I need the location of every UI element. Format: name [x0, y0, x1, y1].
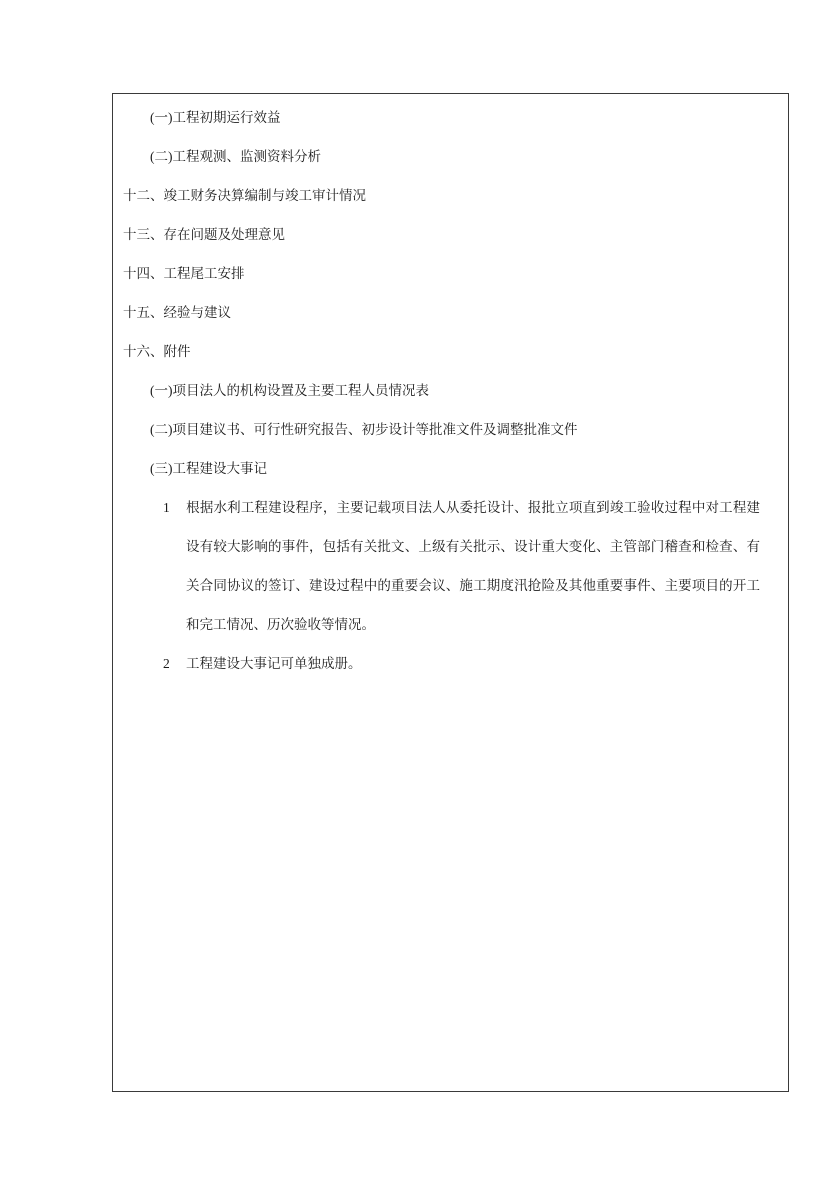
- note-item-2: 2工程建设大事记可单独成册。: [186, 644, 760, 683]
- document-page: (一)工程初期运行效益 (二)工程观测、监测资料分析 十二、竣工财务决算编制与竣…: [0, 0, 838, 1186]
- outline-item-sub-5: (三)工程建设大事记: [123, 449, 760, 488]
- note-text-1: 根据水利工程建设程序，主要记载项目法人从委托设计、报批立项直到竣工验收过程中对工…: [186, 500, 760, 632]
- outline-item-sub-3: (一)项目法人的机构设置及主要工程人员情况表: [123, 371, 760, 410]
- outline-item-main-12: 十二、竣工财务决算编制与竣工审计情况: [123, 176, 760, 215]
- note-text-2: 工程建设大事记可单独成册。: [186, 656, 362, 671]
- note-number-2: 2: [163, 644, 186, 683]
- page-border-frame: (一)工程初期运行效益 (二)工程观测、监测资料分析 十二、竣工财务决算编制与竣…: [112, 93, 789, 1092]
- outline-item-main-15: 十五、经验与建议: [123, 293, 760, 332]
- outline-item-sub-1: (一)工程初期运行效益: [123, 98, 760, 137]
- outline-item-sub-4: (二)项目建议书、可行性研究报告、初步设计等批准文件及调整批准文件: [123, 410, 760, 449]
- outline-item-main-16: 十六、附件: [123, 332, 760, 371]
- note-item-1: 1根据水利工程建设程序，主要记载项目法人从委托设计、报批立项直到竣工验收过程中对…: [186, 488, 760, 644]
- note-number-1: 1: [163, 488, 186, 527]
- outline-item-main-13: 十三、存在问题及处理意见: [123, 215, 760, 254]
- outline-item-main-14: 十四、工程尾工安排: [123, 254, 760, 293]
- outline-item-sub-2: (二)工程观测、监测资料分析: [123, 137, 760, 176]
